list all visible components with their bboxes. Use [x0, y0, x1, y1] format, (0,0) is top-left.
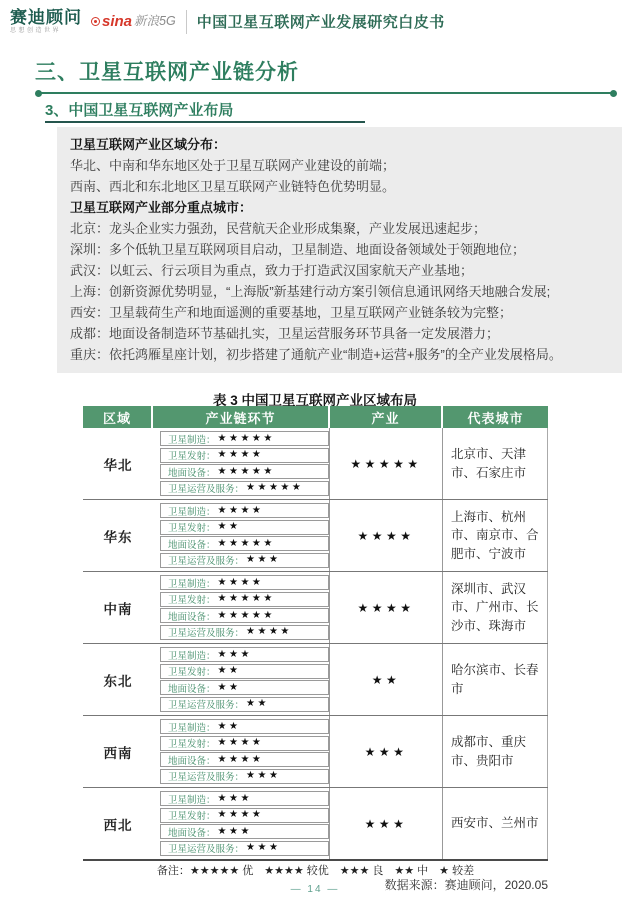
- region-cell: 东北: [83, 644, 153, 715]
- chain-star-rating: ★★★: [218, 794, 252, 804]
- chain-label: 卫星运营及服务：: [168, 481, 244, 495]
- chain-label: 卫星运营及服务：: [168, 625, 244, 639]
- table-row: 西南卫星制造：★★卫星发射：★★★★地面设备：★★★★卫星运营及服务：★★★★★…: [83, 716, 548, 788]
- chain-star-rating: ★★: [218, 666, 241, 676]
- table-row: 东北卫星制造：★★★卫星发射：★★地面设备：★★卫星运营及服务：★★★★哈尔滨市…: [83, 644, 548, 716]
- chain-cell: 卫星制造：★★卫星发射：★★★★地面设备：★★★★卫星运营及服务：★★★: [153, 716, 330, 787]
- chain-subrow: 地面设备：★★: [160, 680, 329, 695]
- chain-subrow: 地面设备：★★★★★: [160, 536, 329, 551]
- chain-star-rating: ★★★★★: [218, 467, 275, 477]
- industry-star-rating: ★★★: [330, 788, 443, 859]
- chain-subrow: 卫星制造：★★★★: [160, 575, 329, 590]
- column-header: 代表城市: [443, 406, 548, 428]
- chain-star-rating: ★★★★★: [218, 611, 275, 621]
- table-row: 西北卫星制造：★★★卫星发射：★★★★地面设备：★★★卫星运营及服务：★★★★★…: [83, 788, 548, 859]
- chain-subrow: 卫星发射：★★★★: [160, 448, 329, 463]
- chain-subrow: 卫星制造：★★★★★: [160, 431, 329, 446]
- column-header: 产业: [330, 406, 443, 428]
- chain-label: 卫星制造：: [168, 432, 216, 446]
- region-cell: 中南: [83, 572, 153, 643]
- region-distribution-label: 卫星互联网产业区域分布：: [70, 134, 612, 155]
- summary-region-lines: 华北、中南和华东地区处于卫星互联网产业建设的前端；西南、西北和东北地区卫星互联网…: [70, 155, 612, 197]
- chain-subrow: 卫星制造：★★★★: [160, 503, 329, 518]
- region-cell: 华东: [83, 500, 153, 571]
- chain-subrow: 卫星发射：★★★★★: [160, 592, 329, 607]
- chain-subrow: 卫星运营及服务：★★: [160, 697, 329, 712]
- city-line: 北京：龙头企业实力强劲，民营航天企业形成集聚，产业发展迅速起步；: [70, 218, 612, 239]
- chain-star-rating: ★★★: [218, 650, 252, 660]
- city-line: 武汉：以虹云、行云项目为重点，致力于打造武汉国家航天产业基地；: [70, 260, 612, 281]
- chain-subrow: 卫星运营及服务：★★★★★: [160, 481, 329, 496]
- chain-star-rating: ★★★★★: [246, 483, 303, 493]
- chain-star-rating: ★★★★: [246, 627, 292, 637]
- chain-subrow: 卫星发射：★★: [160, 520, 329, 535]
- industry-star-rating: ★★★★: [330, 572, 443, 643]
- cities-cell: 哈尔滨市、长春市: [443, 644, 548, 715]
- chain-label: 卫星发射：: [168, 448, 216, 462]
- chain-subrow: 地面设备：★★★★★: [160, 608, 329, 623]
- chain-star-rating: ★★: [218, 722, 241, 732]
- chain-label: 卫星发射：: [168, 592, 216, 606]
- chain-star-rating: ★★★: [218, 827, 252, 837]
- chain-star-rating: ★★★★: [218, 506, 264, 516]
- chain-label: 卫星运营及服务：: [168, 841, 244, 855]
- industry-star-rating: ★★: [330, 644, 443, 715]
- industry-star-rating: ★★★★: [330, 500, 443, 571]
- chain-label: 地面设备：: [168, 753, 216, 767]
- cities-cell: 深圳市、武汉市、广州市、长沙市、珠海市: [443, 572, 548, 643]
- cities-cell: 北京市、天津市、石家庄市: [443, 428, 548, 499]
- chain-label: 卫星发射：: [168, 664, 216, 678]
- chain-cell: 卫星制造：★★★★★卫星发射：★★★★地面设备：★★★★★卫星运营及服务：★★★…: [153, 428, 330, 499]
- chain-star-rating: ★★★★★: [218, 539, 275, 549]
- chain-star-rating: ★★★★: [218, 578, 264, 588]
- chain-subrow: 地面设备：★★★: [160, 824, 329, 839]
- chain-star-rating: ★★★★: [218, 450, 264, 460]
- key-cities-label: 卫星互联网产业部分重点城市：: [70, 197, 612, 218]
- document-title: 中国卫星互联网产业发展研究白皮书: [197, 11, 445, 32]
- chain-star-rating: ★★: [218, 522, 241, 532]
- chain-subrow: 卫星运营及服务：★★★: [160, 841, 329, 856]
- chain-star-rating: ★★: [218, 683, 241, 693]
- chain-label: 卫星运营及服务：: [168, 553, 244, 567]
- summary-box: 卫星互联网产业区域分布： 华北、中南和华东地区处于卫星互联网产业建设的前端；西南…: [57, 127, 622, 373]
- chain-subrow: 卫星制造：★★: [160, 719, 329, 734]
- chain-star-rating: ★★: [246, 699, 269, 709]
- chain-subrow: 卫星制造：★★★: [160, 791, 329, 806]
- chain-subrow: 卫星制造：★★★: [160, 647, 329, 662]
- chain-label: 地面设备：: [168, 465, 216, 479]
- chain-label: 卫星制造：: [168, 720, 216, 734]
- chain-star-rating: ★★★★: [218, 810, 264, 820]
- industry-star-rating: ★★★★★: [330, 428, 443, 499]
- chain-star-rating: ★★★★★: [218, 434, 275, 444]
- city-line: 上海：创新资源优势明显，“上海版”新基建行动方案引领信息通讯网络天地融合发展;: [70, 281, 612, 302]
- chain-subrow: 地面设备：★★★★: [160, 752, 329, 767]
- chain-label: 卫星发射：: [168, 520, 216, 534]
- cities-cell: 西安市、兰州市: [443, 788, 548, 859]
- chain-star-rating: ★★★: [246, 771, 280, 781]
- column-header: 产业链环节: [153, 406, 330, 428]
- table-row: 华东卫星制造：★★★★卫星发射：★★地面设备：★★★★★卫星运营及服务：★★★★…: [83, 500, 548, 572]
- city-line: 成都：地面设备制造环节基础扎实，卫星运营服务环节具备一定发展潜力；: [70, 323, 612, 344]
- summary-line: 华北、中南和华东地区处于卫星互联网产业建设的前端；: [70, 155, 612, 176]
- chain-label: 地面设备：: [168, 825, 216, 839]
- table-row: 华北卫星制造：★★★★★卫星发射：★★★★地面设备：★★★★★卫星运营及服务：★…: [83, 428, 548, 500]
- subsection-title: 3、中国卫星互联网产业布局: [45, 99, 233, 120]
- region-cell: 西南: [83, 716, 153, 787]
- ccid-logo: 赛迪顾问 思想创造世界: [10, 9, 82, 34]
- summary-line: 西南、西北和东北地区卫星互联网产业链特色优势明显。: [70, 176, 612, 197]
- chain-label: 卫星运营及服务：: [168, 769, 244, 783]
- chain-label: 地面设备：: [168, 537, 216, 551]
- chain-cell: 卫星制造：★★★卫星发射：★★地面设备：★★卫星运营及服务：★★: [153, 644, 330, 715]
- section-divider-line: [37, 92, 615, 94]
- cities-cell: 上海市、杭州市、南京市、合肥市、宁波市: [443, 500, 548, 571]
- region-cell: 华北: [83, 428, 153, 499]
- sina-logo-text: sina: [102, 14, 132, 29]
- chain-label: 卫星发射：: [168, 736, 216, 750]
- region-cell: 西北: [83, 788, 153, 859]
- chain-star-rating: ★★★★: [218, 738, 264, 748]
- table-body: 华北卫星制造：★★★★★卫星发射：★★★★地面设备：★★★★★卫星运营及服务：★…: [83, 428, 548, 861]
- divider-dot-left: [35, 90, 42, 97]
- chain-star-rating: ★★★: [246, 843, 280, 853]
- chain-subrow: 卫星运营及服务：★★★★: [160, 625, 329, 640]
- region-table: 区域产业链环节产业代表城市 华北卫星制造：★★★★★卫星发射：★★★★地面设备：…: [83, 406, 548, 861]
- sina-logo: sina 新浪5G: [91, 14, 176, 29]
- table-header: 区域产业链环节产业代表城市: [83, 406, 548, 428]
- table-row: 中南卫星制造：★★★★卫星发射：★★★★★地面设备：★★★★★卫星运营及服务：★…: [83, 572, 548, 644]
- sina-5g-text: 新浪5G: [134, 15, 176, 28]
- cities-cell: 成都市、重庆市、贵阳市: [443, 716, 548, 787]
- ccid-logo-text: 赛迪顾问: [10, 9, 82, 26]
- chain-subrow: 卫星运营及服务：★★★: [160, 769, 329, 784]
- city-line: 西安：卫星载荷生产和地面遥测的重要基地，卫星互联网产业链条较为完整；: [70, 302, 612, 323]
- chain-cell: 卫星制造：★★★卫星发射：★★★★地面设备：★★★卫星运营及服务：★★★: [153, 788, 330, 859]
- chain-subrow: 卫星发射：★★: [160, 664, 329, 679]
- chain-label: 卫星制造：: [168, 648, 216, 662]
- chain-subrow: 卫星发射：★★★★: [160, 736, 329, 751]
- chain-label: 卫星制造：: [168, 576, 216, 590]
- chain-subrow: 卫星发射：★★★★: [160, 808, 329, 823]
- column-header: 区域: [83, 406, 153, 428]
- industry-star-rating: ★★★: [330, 716, 443, 787]
- chain-subrow: 地面设备：★★★★★: [160, 464, 329, 479]
- chain-star-rating: ★★★★: [218, 755, 264, 765]
- chain-cell: 卫星制造：★★★★卫星发射：★★地面设备：★★★★★卫星运营及服务：★★★: [153, 500, 330, 571]
- chain-cell: 卫星制造：★★★★卫星发射：★★★★★地面设备：★★★★★卫星运营及服务：★★★…: [153, 572, 330, 643]
- summary-city-lines: 北京：龙头企业实力强劲，民营航天企业形成集聚，产业发展迅速起步；深圳：多个低轨卫…: [70, 218, 612, 365]
- city-line: 深圳：多个低轨卫星互联网项目启动，卫星制造、地面设备领域处于领跑地位；: [70, 239, 612, 260]
- city-line: 重庆：依托鸿雁星座计划，初步搭建了通航产业“制造+运营+服务”的全产业发展格局。: [70, 344, 612, 365]
- section-title: 三、卫星互联网产业链分析: [35, 56, 299, 86]
- brand-header: 赛迪顾问 思想创造世界 sina 新浪5G 中国卫星互联网产业发展研究白皮书: [10, 9, 445, 34]
- chain-label: 卫星运营及服务：: [168, 697, 244, 711]
- chain-label: 卫星制造：: [168, 504, 216, 518]
- divider-dot-right: [610, 90, 617, 97]
- subsection-underline: [45, 121, 365, 123]
- document-page: 赛迪顾问 思想创造世界 sina 新浪5G 中国卫星互联网产业发展研究白皮书 三…: [0, 0, 630, 910]
- sina-eye-icon: [91, 17, 100, 26]
- chain-star-rating: ★★★★★: [218, 594, 275, 604]
- header-divider: [186, 10, 187, 34]
- chain-label: 卫星发射：: [168, 808, 216, 822]
- chain-star-rating: ★★★: [246, 555, 280, 565]
- chain-label: 地面设备：: [168, 609, 216, 623]
- chain-label: 地面设备：: [168, 681, 216, 695]
- ccid-logo-tagline: 思想创造世界: [10, 28, 82, 34]
- page-number: — 14 —: [0, 884, 630, 895]
- chain-label: 卫星制造：: [168, 792, 216, 806]
- chain-subrow: 卫星运营及服务：★★★: [160, 553, 329, 568]
